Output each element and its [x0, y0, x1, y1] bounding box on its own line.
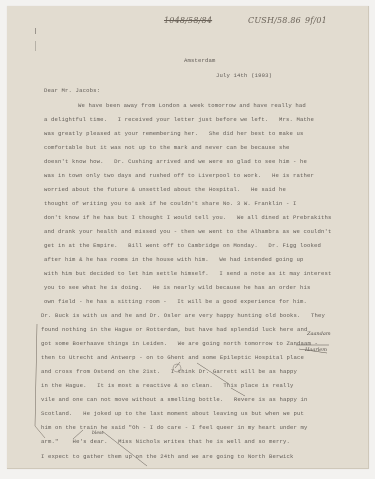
pencil-strokes [7, 6, 368, 468]
letter-page: 1048/58/84 CUSH/58.86 9f/01 Amsterdam Ju… [7, 6, 369, 469]
